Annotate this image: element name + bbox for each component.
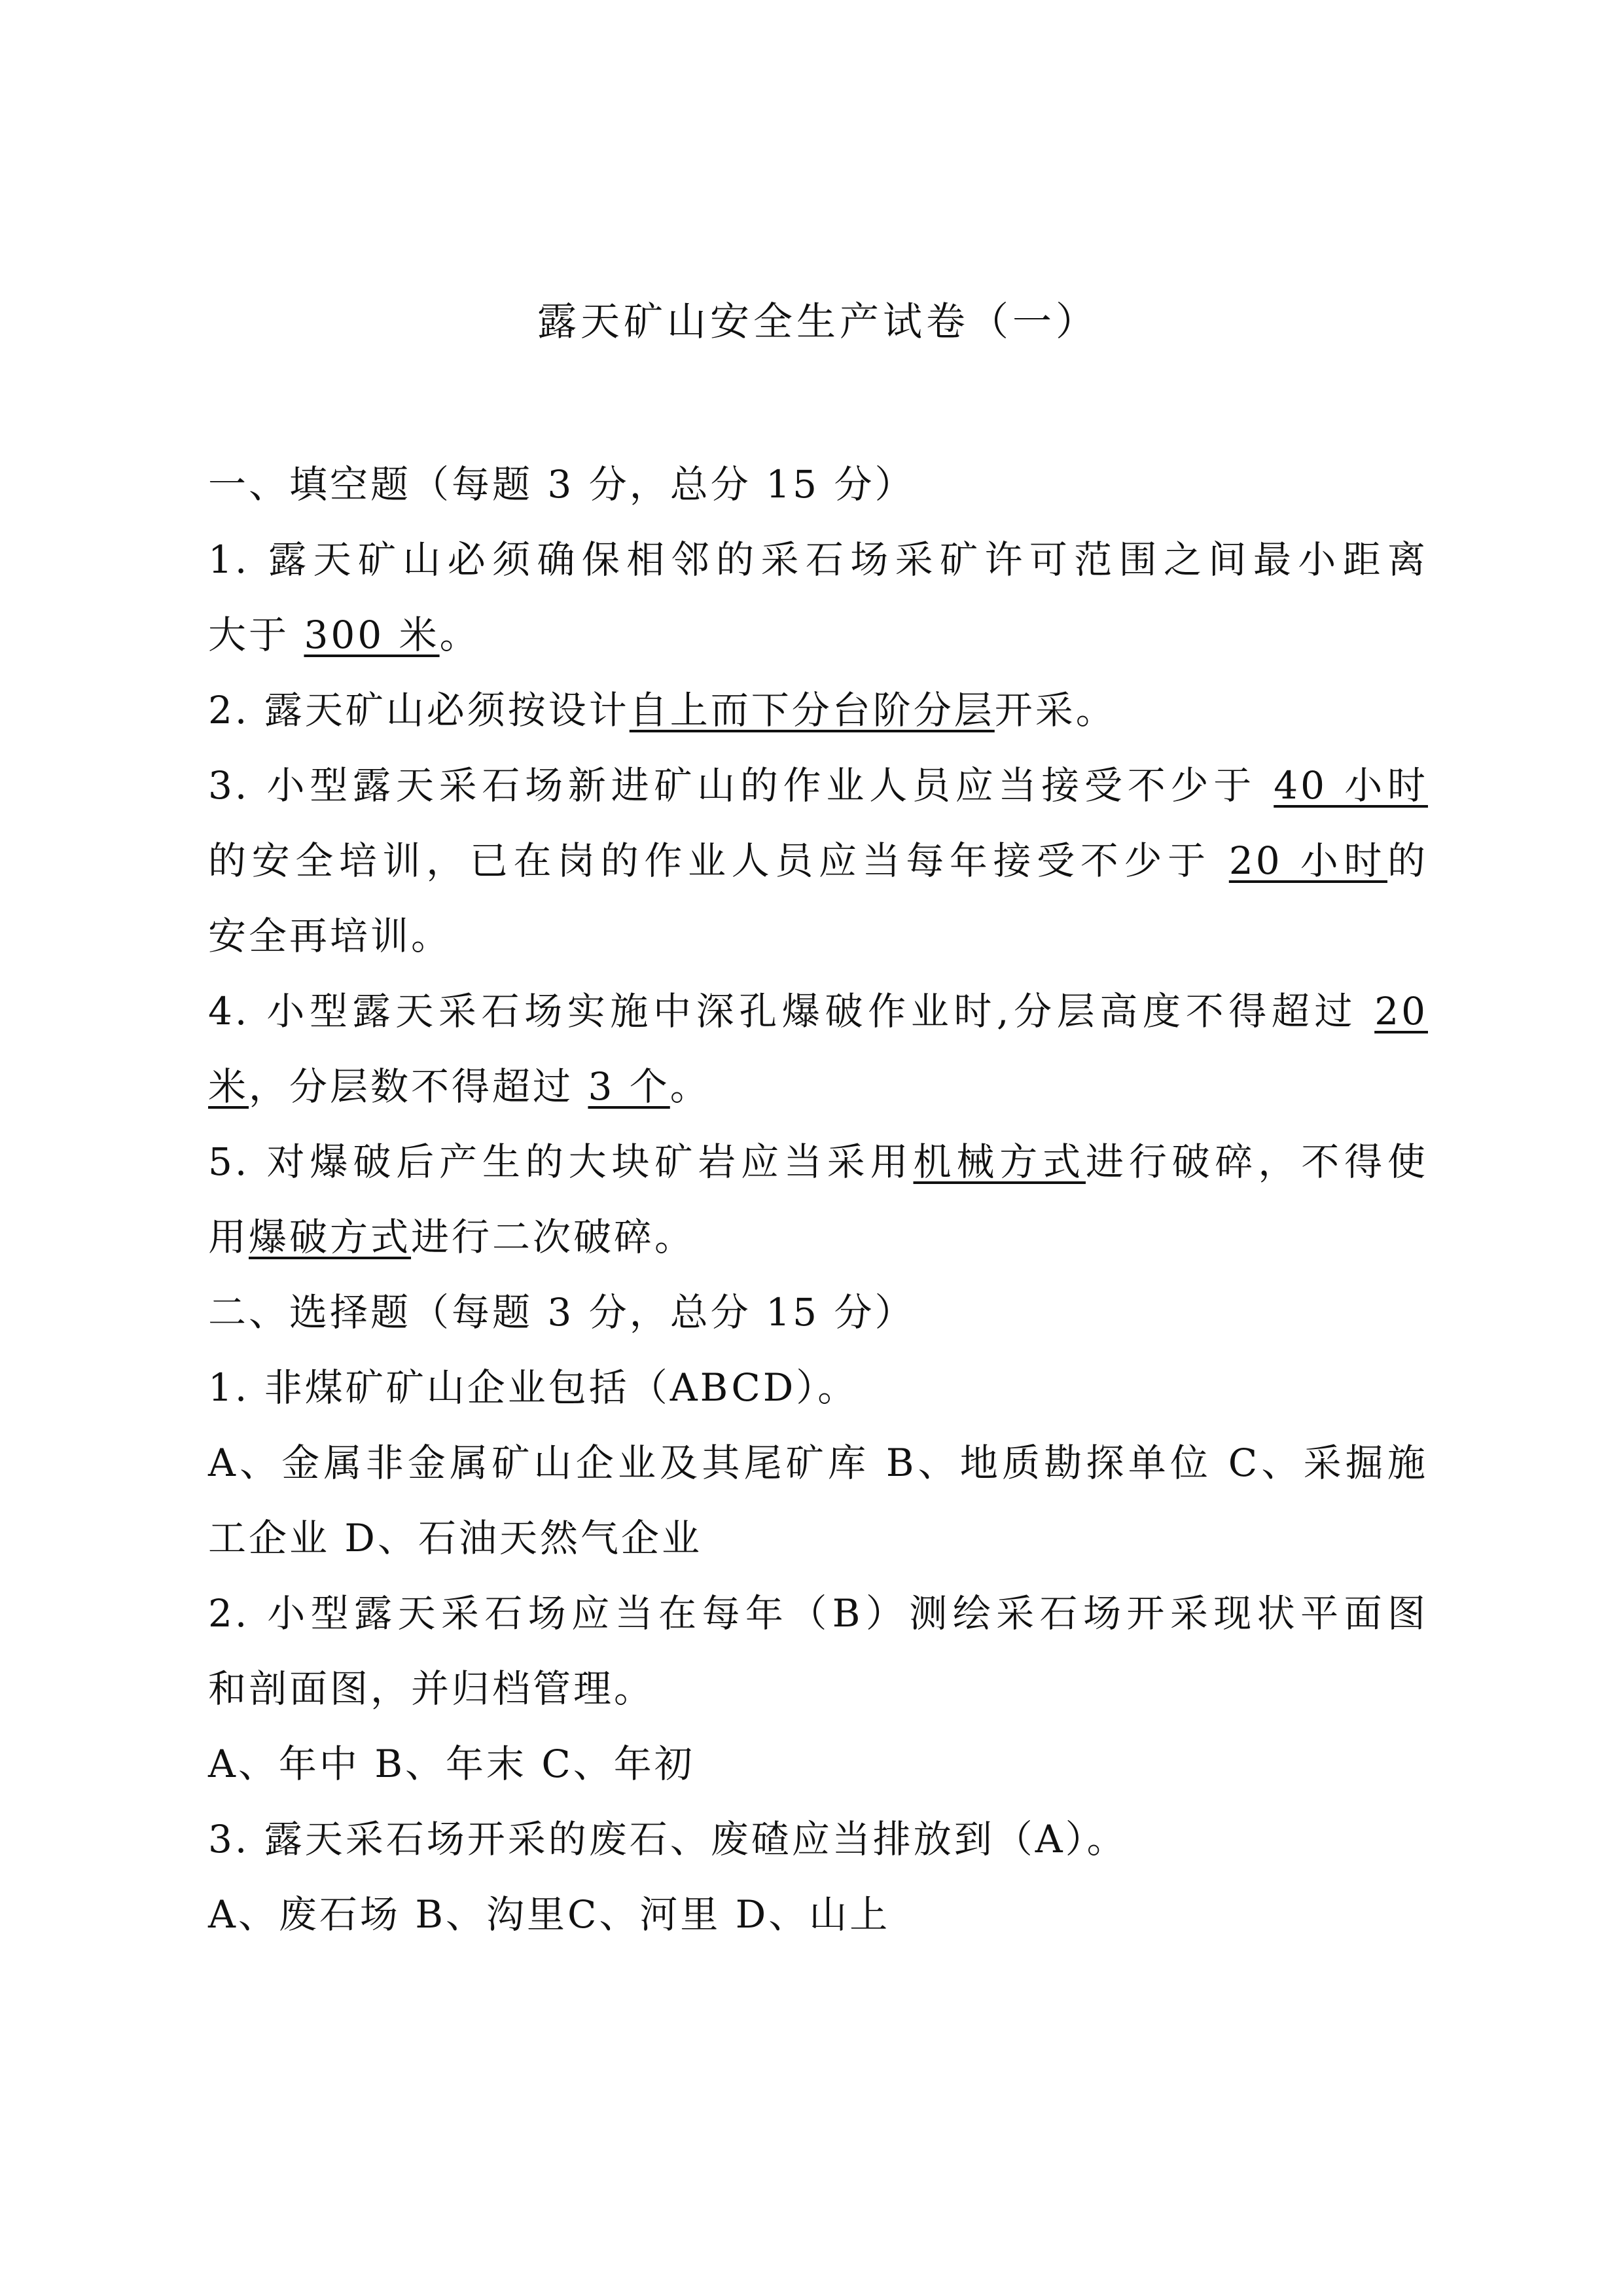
question-3-line-3: 安全再培训。 (208, 910, 1428, 962)
answer-blank: 300 米 (304, 613, 439, 657)
options-text: A、金属非金属矿山企业及其尾矿库 B、地质勘探单位 C、采掘施 (208, 1441, 1428, 1485)
question-text: 进行二次破碎。 (411, 1215, 695, 1259)
mc-question-2-options: A、年中 B、年末 C、年初 (208, 1738, 1428, 1790)
mc-question-3-stem: 3. 露天采石场开采的废石、废碴应当排放到（A）。 (208, 1813, 1428, 1865)
question-5-line-1: 5. 对爆破后产生的大块矿岩应当采用机械方式进行破碎，不得使 (208, 1136, 1428, 1188)
question-text: 大于 (208, 613, 304, 657)
question-text: 进行破碎，不得使 (1086, 1139, 1428, 1184)
section-heading-multiple-choice: 二、选择题（每题 3 分，总分 15 分） (208, 1286, 1428, 1338)
section-heading-fill-blank: 一、填空题（每题 3 分，总分 15 分） (208, 458, 1428, 511)
question-text: 。 (440, 613, 480, 657)
question-1-line-2: 大于 300 米。 (208, 609, 1428, 661)
question-text: 安全再培训。 (208, 914, 452, 958)
question-text: 的安全培训，已在岗的作业人员应当每年接受不少于 (208, 838, 1229, 883)
question-text: 3. 小型露天采石场新进矿山的作业人员应当接受不少于 (208, 763, 1274, 808)
question-text: 的 (1387, 838, 1428, 883)
answer-blank: 3 个 (588, 1064, 669, 1109)
mc-question-1-stem: 1. 非煤矿矿山企业包括（ABCD）。 (208, 1361, 1428, 1414)
answer-blank: 机械方式 (914, 1139, 1086, 1184)
answer-blank: 20 (1374, 989, 1428, 1033)
answer-blank: 20 小时 (1229, 838, 1387, 883)
question-text: 用 (208, 1215, 249, 1259)
question-text: 2. 小型露天采石场应当在每年（B）测绘采石场开采现状平面图 (208, 1591, 1428, 1636)
question-text: 5. 对爆破后产生的大块矿岩应当采用 (208, 1139, 914, 1184)
question-text: 2. 露天矿山必须按设计 (208, 688, 630, 732)
mc-question-1-options-line-2: 工企业 D、石油天然气企业 (208, 1512, 1428, 1564)
question-text: 开采。 (995, 688, 1116, 732)
mc-question-2-stem-line-1: 2. 小型露天采石场应当在每年（B）测绘采石场开采现状平面图 (208, 1587, 1428, 1640)
mc-question-3-options: A、废石场 B、沟里C、河里 D、山上 (208, 1888, 1428, 1941)
question-4-line-1: 4. 小型露天采石场实施中深孔爆破作业时,分层高度不得超过 20 (208, 985, 1428, 1037)
question-2-line-1: 2. 露天矿山必须按设计自上而下分台阶分层开采。 (208, 684, 1428, 736)
question-1-line-1: 1. 露天矿山必须确保相邻的采石场采矿许可范围之间最小距离 (208, 533, 1428, 586)
page-title: 露天矿山安全生产试卷（一） (208, 296, 1428, 348)
answer-blank: 米 (208, 1064, 249, 1109)
question-text: 。 (670, 1064, 711, 1109)
mc-question-1-options-line-1: A、金属非金属矿山企业及其尾矿库 B、地质勘探单位 C、采掘施 (208, 1437, 1428, 1489)
question-3-line-2: 的安全培训，已在岗的作业人员应当每年接受不少于 20 小时的 (208, 834, 1428, 887)
question-3-line-1: 3. 小型露天采石场新进矿山的作业人员应当接受不少于 40 小时 (208, 759, 1428, 812)
question-text: 1. 露天矿山必须确保相邻的采石场采矿许可范围之间最小距离 (208, 537, 1428, 582)
question-text: ，分层数不得超过 (249, 1064, 588, 1109)
question-text: 4. 小型露天采石场实施中深孔爆破作业时,分层高度不得超过 (208, 989, 1374, 1033)
question-4-line-2: 米，分层数不得超过 3 个。 (208, 1060, 1428, 1113)
answer-blank: 40 小时 (1274, 763, 1428, 808)
question-5-line-2: 用爆破方式进行二次破碎。 (208, 1211, 1428, 1263)
answer-blank: 自上而下分台阶分层 (630, 688, 995, 732)
mc-question-2-stem-line-2: 和剖面图，并归档管理。 (208, 1662, 1428, 1715)
answer-blank: 爆破方式 (249, 1215, 411, 1259)
